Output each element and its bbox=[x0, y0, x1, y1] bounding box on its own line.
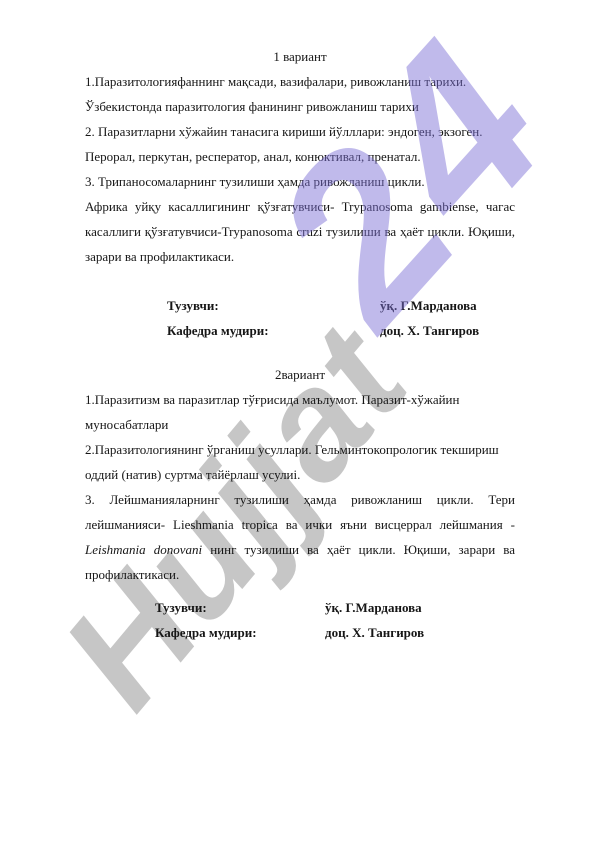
text-line: 3. Трипаносомаларнинг тузилиши ҳамда рив… bbox=[85, 169, 515, 194]
text-line: Африка уйқу касаллигининг қўзғатувчиси- … bbox=[85, 194, 515, 219]
variant1-title: 1 вариант bbox=[85, 44, 515, 69]
text-line: 3. Лейшманияларнинг тузилиши ҳамда ривож… bbox=[85, 487, 515, 512]
text-line: лейшманияси- Lieshmania tropica ва ички … bbox=[85, 512, 515, 537]
text-line: Ўзбекистонда паразитология фанининг риво… bbox=[85, 94, 515, 119]
spacer bbox=[85, 269, 515, 293]
preparer-label: Тузувчи: bbox=[155, 595, 325, 620]
preparer-label: Тузувчи: bbox=[167, 293, 380, 318]
text-line: зарари ва профилактикаси. bbox=[85, 244, 515, 269]
text-line: 1.Паразитизм ва паразитлар тўғрисида маъ… bbox=[85, 387, 515, 412]
preparer-name: ўқ. Г.Марданова bbox=[325, 595, 422, 620]
text-line: Перорал, перкутан, респератор, анал, кон… bbox=[85, 144, 515, 169]
text-line: профилактикаси. bbox=[85, 562, 515, 587]
document-page: Hujjat 1 вариант 1.Паразитологияфаннинг … bbox=[0, 0, 596, 842]
department-head-label: Кафедра мудири: bbox=[167, 318, 380, 343]
text-line: 1.Паразитологияфаннинг мақсади, вазифала… bbox=[85, 69, 515, 94]
department-head-name: доц. Х. Тангиров bbox=[380, 318, 479, 343]
department-head-name: доц. Х. Тангиров bbox=[325, 620, 424, 645]
signature-row-preparer: Тузувчи: ўқ. Г.Марданова bbox=[85, 293, 515, 318]
species-name-italic: Leishmania donovani bbox=[85, 542, 202, 557]
text-line: касаллиги қўзғатувчиси-Trypanosoma cruzi… bbox=[85, 219, 515, 244]
signature-block-variant1: Тузувчи: ўқ. Г.Марданова Кафедра мудири:… bbox=[85, 293, 515, 343]
variant2-title: 2вариант bbox=[85, 362, 515, 387]
department-head-label: Кафедра мудири: bbox=[155, 620, 325, 645]
signature-block-variant2: Тузувчи: ўқ. Г.Марданова Кафедра мудири:… bbox=[85, 595, 515, 645]
species-line-rest: нинг тузилиши ва ҳаёт цикли. Юқиши, зара… bbox=[202, 542, 515, 557]
spacer bbox=[85, 587, 515, 595]
signature-row-preparer: Тузувчи: ўқ. Г.Марданова bbox=[85, 595, 515, 620]
spacer bbox=[85, 343, 515, 362]
preparer-name: ўқ. Г.Марданова bbox=[380, 293, 477, 318]
signature-row-department-head: Кафедра мудири: доц. Х. Тангиров bbox=[85, 318, 515, 343]
text-line: муносабатлари bbox=[85, 412, 515, 437]
text-line: оддий (натив) суртма тайёрлаш усулиi. bbox=[85, 462, 515, 487]
document-text-block: 1 вариант 1.Паразитологияфаннинг мақсади… bbox=[85, 44, 515, 645]
signature-row-department-head: Кафедра мудири: доц. Х. Тангиров bbox=[85, 620, 515, 645]
text-line-species: Leishmania donovani нинг тузилиши ва ҳаё… bbox=[85, 537, 515, 562]
text-line: 2. Паразитларни хўжайин танасига кириши … bbox=[85, 119, 515, 144]
text-line: 2.Паразитологиянинг ўрганиш усуллари. Ге… bbox=[85, 437, 515, 462]
